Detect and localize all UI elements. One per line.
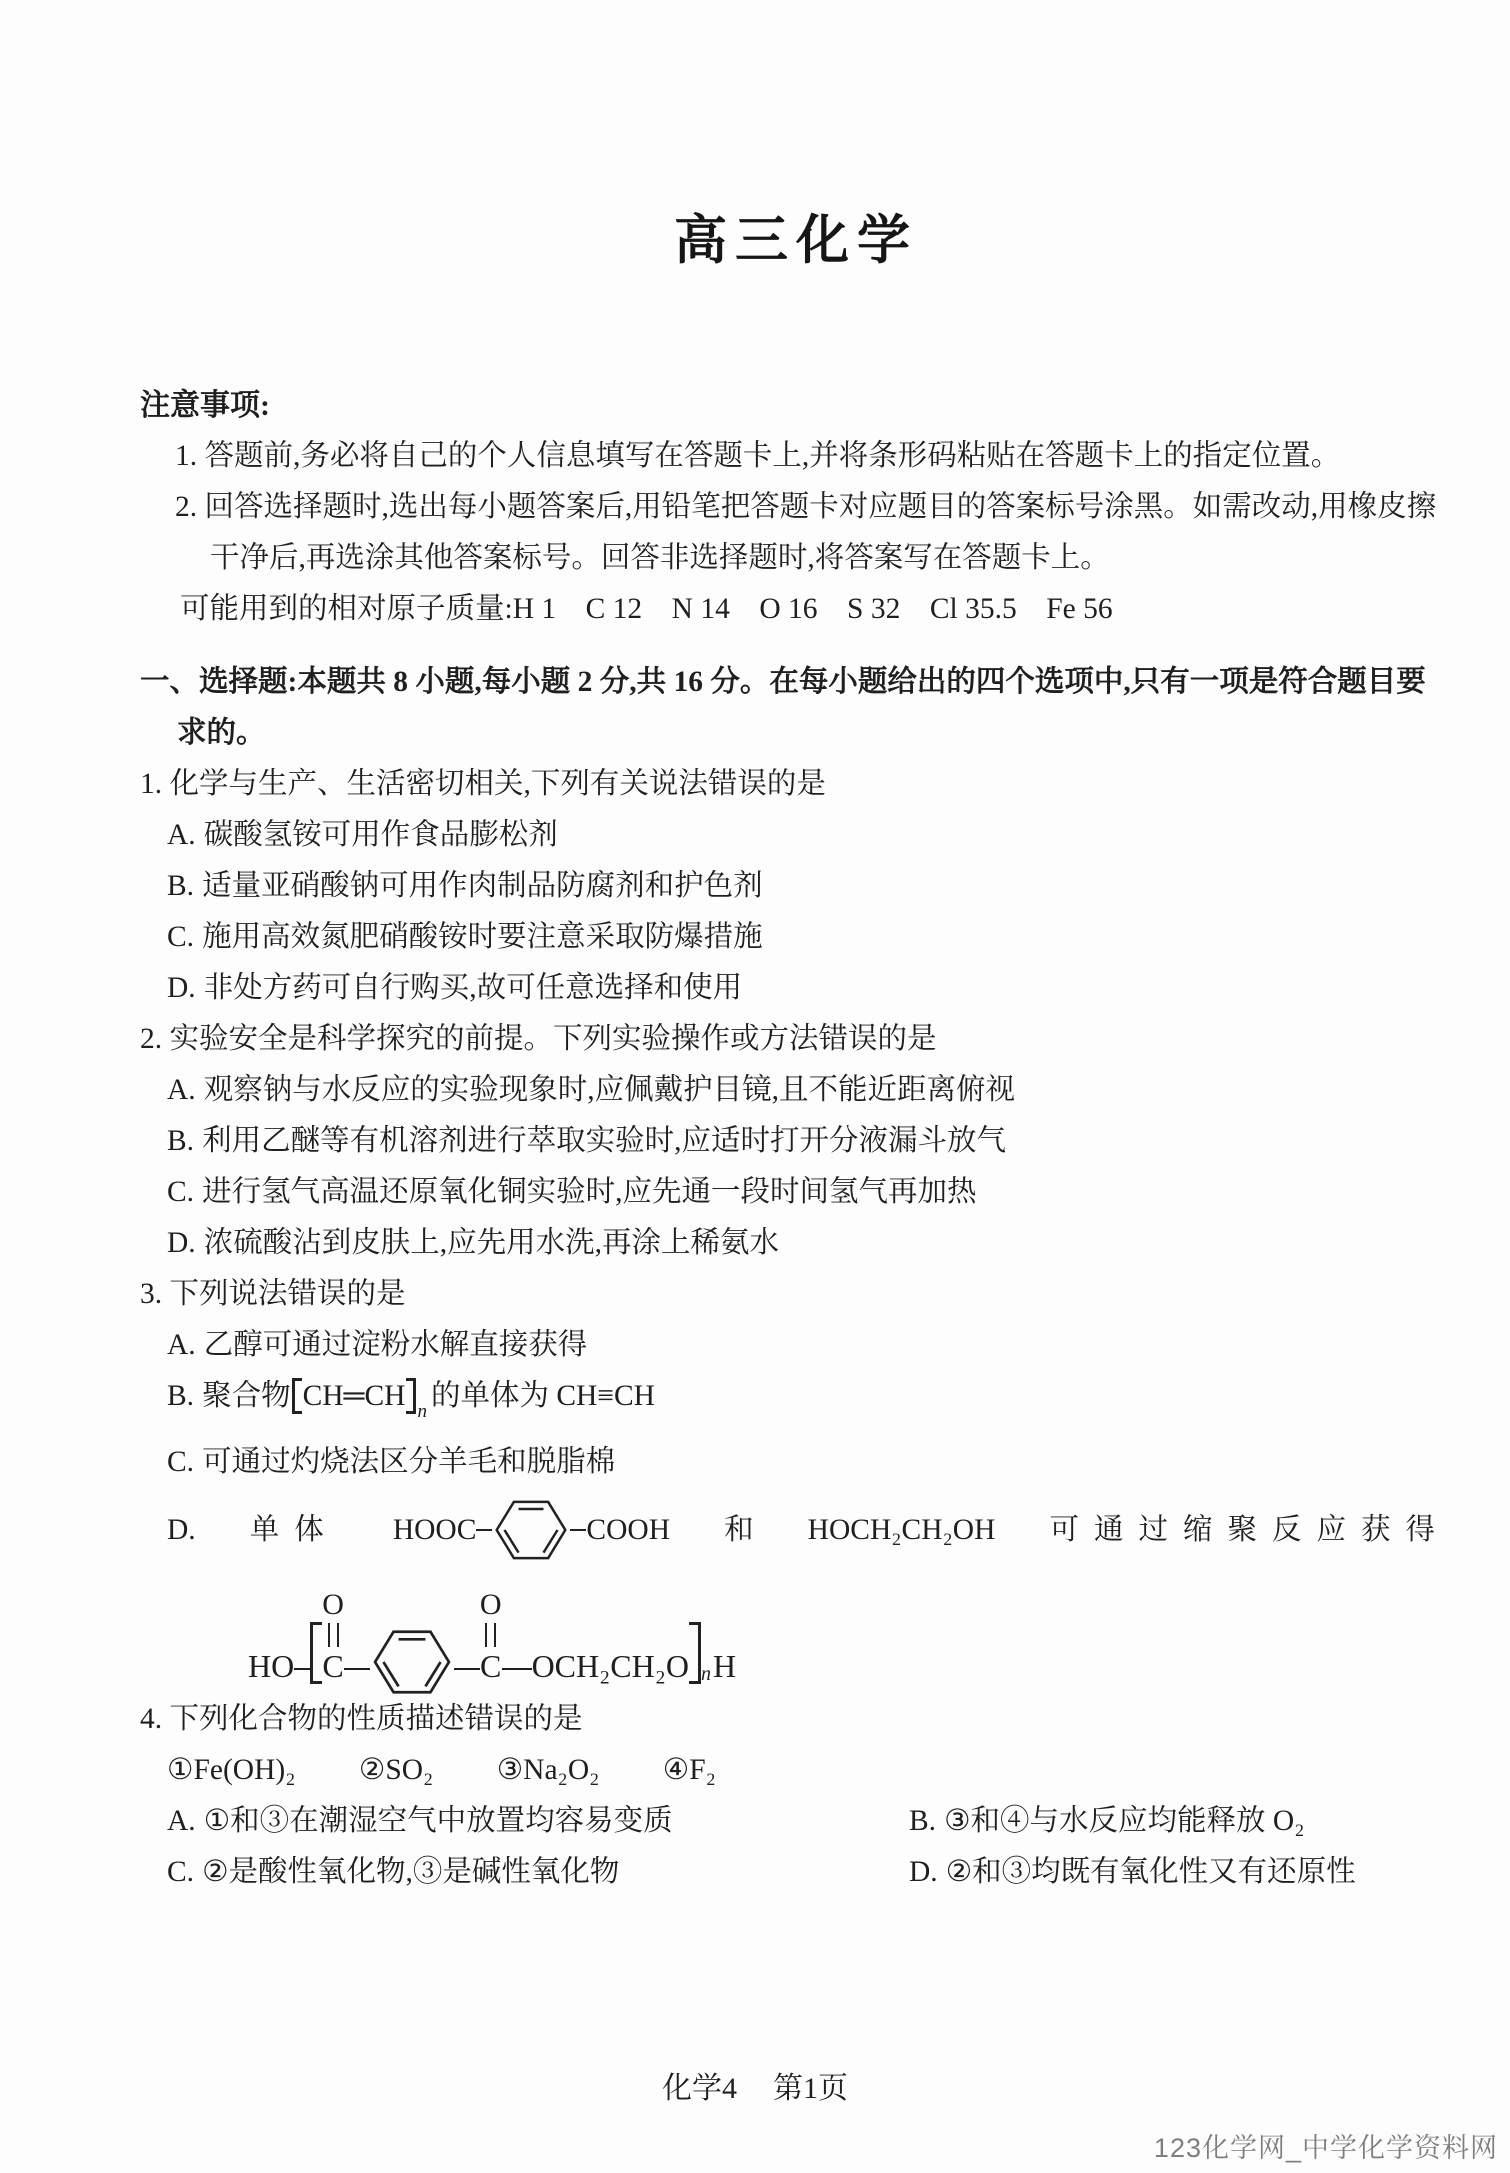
q1-option-c: C.施用高效氮肥硝酸铵时要注意采取防爆措施 — [140, 912, 1452, 963]
ester-chain: OCH₂CH₂O — [532, 1650, 689, 1684]
option-label: A. — [167, 819, 196, 851]
q1-option-d: D.非处方药可自行购买,故可任意选择和使用 — [140, 963, 1452, 1014]
q4-options-grid: A.①和③在潮湿空气中放置均容易变质 B.③和④与水反应均能释放 O₂ C.②是… — [140, 1796, 1452, 1898]
option-label: D. — [167, 1227, 196, 1259]
bond-line — [502, 1668, 532, 1670]
option-text: ③和④与水反应均能释放 O₂ — [944, 1805, 1304, 1837]
q2-option-b: B.利用乙醚等有机溶剂进行萃取实验时,应适时打开分液漏斗放气 — [140, 1116, 1452, 1167]
option-label: C. — [167, 1176, 194, 1208]
option-text: 观察钠与水反应的实验现象时,应佩戴护目镜,且不能近距离俯视 — [204, 1074, 1015, 1106]
question-1: 1. 化学与生产、生活密切相关,下列有关说法错误的是 A.碳酸氢铵可用作食品膨松… — [140, 759, 1452, 1014]
question-3-stem: 3. 下列说法错误的是 — [140, 1269, 1452, 1320]
question-number: 3. — [140, 1278, 162, 1310]
option-label: D. — [167, 1505, 196, 1556]
formula-hooc: HOOC — [393, 1505, 477, 1556]
double-bond-icon — [485, 1623, 496, 1647]
option-text: 进行氢气高温还原氧化铜实验时,应先通一段时间氢气再加热 — [202, 1176, 976, 1208]
atom-h: H — [713, 1650, 736, 1684]
option-text: 利用乙醚等有机溶剂进行萃取实验时,应适时打开分液漏斗放气 — [202, 1125, 1006, 1157]
question-number: 4. — [140, 1703, 162, 1735]
section-heading: 一、选择题:本题共 8 小题,每小题 2 分,共 16 分。在每小题给出的四个选… — [140, 657, 1452, 759]
option-text: 适量亚硝酸钠可用作肉制品防腐剂和护色剂 — [202, 870, 763, 902]
option-text-post: 的单体为 CH≡CH — [431, 1380, 655, 1412]
q4-compound-list: ①Fe(OH)₂ ②SO₂ ③Na₂O₂ ④F₂ — [140, 1745, 1452, 1796]
question-text: 化学与生产、生活密切相关,下列有关说法错误的是 — [170, 768, 826, 800]
q1-option-a: A.碳酸氢铵可用作食品膨松剂 — [140, 810, 1452, 861]
bond-line — [344, 1668, 370, 1670]
polymer-bracket-left-icon — [292, 1378, 302, 1414]
question-text: 实验安全是科学探究的前提。下列实验操作或方法错误的是 — [170, 1023, 937, 1055]
question-number: 1. — [140, 768, 162, 800]
q2-option-d: D.浓硫酸沾到皮肤上,应先用水洗,再涂上稀氨水 — [140, 1218, 1452, 1269]
watermark: 123化学网_中学化学资料网 — [1154, 2126, 1498, 2165]
option-text-lead: 单体 — [250, 1505, 339, 1556]
polymer-repeat-unit: CH═CH — [303, 1380, 406, 1412]
option-text: ②是酸性氧化物,③是碱性氧化物 — [202, 1856, 619, 1888]
carbonyl-group: O C — [480, 1590, 502, 1684]
option-label: D. — [909, 1856, 938, 1888]
notice-item-2: 2. 回答选择题时,选出每小题答案后,用铅笔把答题卡对应题目的答案标号涂黑。如需… — [140, 482, 1452, 584]
terephthalic-acid-formula: HOOCCOOH — [393, 1495, 670, 1565]
polymer-subscript: n — [417, 1401, 427, 1422]
notice-section: 注意事项: 1. 答题前,务必将自己的个人信息填写在答题卡上,并将条形码粘贴在答… — [140, 380, 1452, 635]
footer-subject: 化学4 — [662, 2072, 737, 2105]
carbonyl-group: O C — [322, 1590, 344, 1684]
option-label: A. — [167, 1805, 196, 1837]
q3-option-c: C.可通过灼烧法区分羊毛和脱脂棉 — [140, 1437, 1452, 1488]
option-label: B. — [167, 1380, 194, 1412]
atomic-mass-note: 可能用到的相对原子质量:H 1 C 12 N 14 O 16 S 32 Cl 3… — [140, 584, 1452, 635]
page-title: 高三化学 — [140, 198, 1452, 274]
compound-2: ②SO₂ — [359, 1754, 433, 1786]
question-4-stem: 4. 下列化合物的性质描述错误的是 — [140, 1694, 1452, 1745]
polymer-bracket-right-icon — [689, 1622, 701, 1684]
option-text: 浓硫酸沾到皮肤上,应先用水洗,再涂上稀氨水 — [204, 1227, 779, 1259]
option-text-conj: 和 — [724, 1505, 754, 1556]
q4-option-d: D.②和③均既有氧化性又有还原性 — [909, 1847, 1452, 1898]
exam-paper: 高三化学 注意事项: 1. 答题前,务必将自己的个人信息填写在答题卡上,并将条形… — [0, 198, 1510, 1898]
option-label: A. — [167, 1329, 196, 1361]
q1-option-b: B.适量亚硝酸钠可用作肉制品防腐剂和护色剂 — [140, 861, 1452, 912]
atom-c: C — [480, 1650, 501, 1684]
atom-o: O — [480, 1590, 502, 1620]
option-label: D. — [167, 972, 196, 1004]
option-text: 乙醇可通过淀粉水解直接获得 — [204, 1329, 588, 1361]
question-number: 2. — [140, 1023, 162, 1055]
option-text: ②和③均既有氧化性又有还原性 — [946, 1856, 1356, 1888]
option-label: C. — [167, 1446, 194, 1478]
polymer-bracket-left-icon — [310, 1622, 322, 1684]
option-text: 非处方药可自行购买,故可任意选择和使用 — [204, 972, 742, 1004]
polymer-subscript: n — [701, 1664, 711, 1684]
double-bond-icon — [328, 1623, 339, 1647]
question-2: 2. 实验安全是科学探究的前提。下列实验操作或方法错误的是 A.观察钠与水反应的… — [140, 1014, 1452, 1269]
option-text-tail: 可通过缩聚反应获得 — [1049, 1505, 1450, 1556]
q2-option-c: C.进行氢气高温还原氧化铜实验时,应先通一段时间氢气再加热 — [140, 1167, 1452, 1218]
question-text: 下列说法错误的是 — [170, 1278, 406, 1310]
question-3: 3. 下列说法错误的是 A.乙醇可通过淀粉水解直接获得 B.聚合物CH═CHn的… — [140, 1269, 1452, 1684]
compound-3: ③Na₂O₂ — [497, 1754, 600, 1786]
option-label: C. — [167, 921, 194, 953]
option-text: ①和③在潮湿空气中放置均容易变质 — [204, 1805, 673, 1837]
compound-1: ①Fe(OH)₂ — [167, 1754, 296, 1786]
option-text: 可通过灼烧法区分羊毛和脱脂棉 — [202, 1446, 615, 1478]
option-label: B. — [167, 870, 194, 902]
polymer-bracket-right-icon — [406, 1378, 416, 1414]
option-label: B. — [167, 1125, 194, 1157]
option-text-pre: 聚合物 — [202, 1380, 291, 1412]
bond-line — [454, 1668, 480, 1670]
atom-c: C — [322, 1650, 343, 1684]
footer-page-number: 第1页 — [773, 2072, 848, 2105]
notice-item-1: 1. 答题前,务必将自己的个人信息填写在答题卡上,并将条形码粘贴在答题卡上的指定… — [140, 431, 1452, 482]
option-label: A. — [167, 1074, 196, 1106]
page-footer: 化学4第1页 — [0, 2063, 1510, 2107]
atom-o: O — [322, 1590, 344, 1620]
notice-heading: 注意事项: — [140, 380, 1452, 431]
q3-option-b: B.聚合物CH═CHn的单体为 CH≡CH — [140, 1371, 1452, 1437]
option-label: C. — [167, 1856, 194, 1888]
pet-polymer-structure-diagram: HO O C O C OCH₂CH₂O n H — [248, 1590, 1452, 1684]
question-2-stem: 2. 实验安全是科学探究的前提。下列实验操作或方法错误的是 — [140, 1014, 1452, 1065]
q4-option-b: B.③和④与水反应均能释放 O₂ — [909, 1796, 1452, 1847]
ethylene-glycol-formula: HOCH₂CH₂OH — [808, 1505, 996, 1556]
option-label: B. — [909, 1805, 936, 1837]
formula-cooh: COOH — [586, 1505, 670, 1556]
question-text: 下列化合物的性质描述错误的是 — [170, 1703, 583, 1735]
benzene-ring — [492, 1495, 570, 1565]
option-text: 碳酸氢铵可用作食品膨松剂 — [204, 819, 558, 851]
q4-option-a: A.①和③在潮湿空气中放置均容易变质 — [167, 1796, 909, 1847]
question-4: 4. 下列化合物的性质描述错误的是 ①Fe(OH)₂ ②SO₂ ③Na₂O₂ ④… — [140, 1694, 1452, 1898]
bond-line — [570, 1529, 586, 1531]
question-1-stem: 1. 化学与生产、生活密切相关,下列有关说法错误的是 — [140, 759, 1452, 810]
q3-option-a: A.乙醇可通过淀粉水解直接获得 — [140, 1320, 1452, 1371]
atom-ho: HO — [248, 1650, 294, 1684]
bond-line — [476, 1529, 492, 1531]
bond-line — [294, 1668, 310, 1670]
benzene-ring — [370, 1624, 454, 1700]
scanned-exam-page: { "page": { "title": "高三化学", "footer_lef… — [0, 0, 1510, 2173]
q3-option-d: D. 单体 HOOCCOOH 和 HOCH₂CH₂OH 可通过缩聚反应获得 — [140, 1488, 1452, 1572]
q4-option-c: C.②是酸性氧化物,③是碱性氧化物 — [167, 1847, 909, 1898]
compound-4: ④F₂ — [663, 1754, 716, 1786]
option-text: 施用高效氮肥硝酸铵时要注意采取防爆措施 — [202, 921, 763, 953]
q2-option-a: A.观察钠与水反应的实验现象时,应佩戴护目镜,且不能近距离俯视 — [140, 1065, 1452, 1116]
